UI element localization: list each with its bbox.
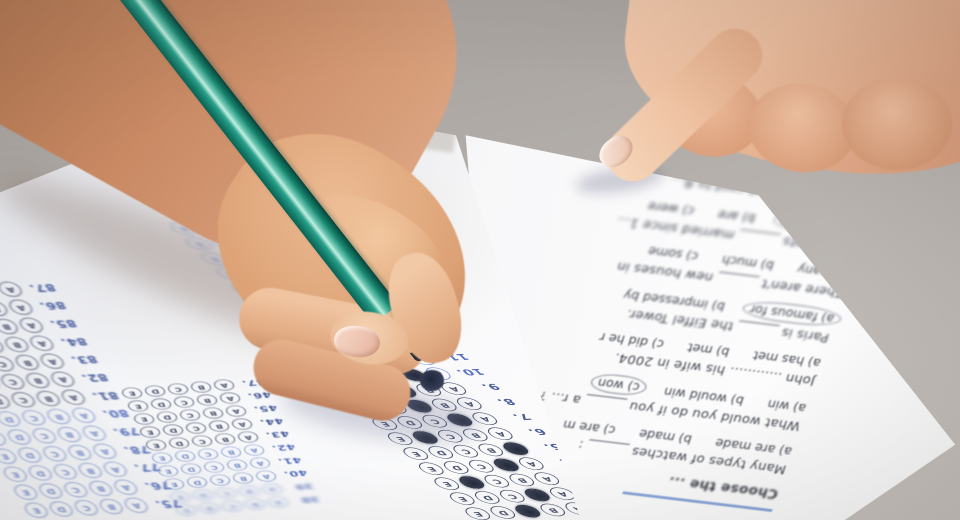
bubble-B: B (65, 444, 95, 460)
question-number: 87. (17, 281, 58, 294)
bubble-C: C (220, 500, 244, 513)
bubble-D: D (155, 411, 179, 424)
question-number: 39 (280, 481, 315, 492)
bubble-D: D (197, 502, 221, 515)
bubble-B: B (231, 472, 255, 485)
bubble-B: B (86, 480, 116, 496)
bubble-B: B (96, 498, 126, 514)
bubble-D: D (46, 501, 76, 517)
question-number: 84. (49, 335, 90, 348)
curled-finger (842, 78, 952, 170)
bubble-E: E (0, 466, 30, 482)
question-number: 82. (70, 371, 111, 384)
bubble-C: C (214, 487, 238, 500)
bubble-E: E (0, 448, 20, 464)
bubble-D: D (161, 424, 185, 437)
bubble-B: B (33, 390, 63, 406)
bubble-C: C (190, 435, 214, 448)
bubble-B: B (213, 433, 237, 446)
bubble-E: E (168, 491, 192, 504)
bubble-D: D (173, 450, 197, 463)
bubble-C: C (8, 392, 38, 408)
bubble-B: B (23, 372, 53, 388)
bubble-B: B (12, 354, 42, 370)
option: b) met (685, 339, 732, 361)
bubble-B: B (237, 485, 261, 498)
bubble-B: B (0, 318, 21, 334)
bubble-C: C (50, 464, 80, 480)
bubble-C: C (172, 396, 196, 409)
bubble-B: B (207, 420, 231, 433)
bubble-C: C (40, 446, 70, 462)
question-number: 85. (38, 317, 79, 330)
bubble-C: C (184, 422, 208, 435)
bubble-B: B (225, 459, 249, 472)
bubble-D: D (149, 398, 173, 411)
bubble-D: D (191, 489, 215, 502)
bubble-C: C (61, 482, 91, 498)
bubble-C: C (71, 500, 101, 516)
bubble-B: B (54, 426, 84, 442)
bubble-E: E (120, 387, 144, 400)
bubble-C: C (19, 410, 49, 426)
bubble-E: E (162, 478, 186, 491)
bubble-E: E (21, 502, 51, 518)
pencil-mark-in-progress (420, 370, 444, 391)
bubble-C: C (166, 383, 190, 396)
question-number: 40. (274, 468, 309, 479)
question-number: 41. (268, 455, 303, 466)
bubble-C: C (196, 448, 220, 461)
bubble-E: E (174, 504, 198, 517)
bubble-B: B (75, 462, 105, 478)
bubble-C: C (208, 474, 232, 487)
question-number: 81. (80, 389, 121, 402)
bubble-E: E (126, 400, 150, 413)
photo-scene: Choose the ... Many types of watches ___… (0, 0, 960, 520)
bubble-C: C (0, 374, 28, 390)
question-number: 45. (244, 403, 279, 414)
bubble-B: B (201, 407, 225, 420)
bubble-D: D (179, 463, 203, 476)
option: b) are (715, 204, 758, 227)
bubble-E: E (150, 452, 174, 465)
bubble-D: D (36, 483, 66, 499)
bubble-B: B (243, 498, 267, 511)
question-number: 38 (286, 494, 321, 505)
question-number: 43. (256, 429, 291, 440)
bubble-E: E (156, 465, 180, 478)
question-number: 86. (28, 299, 69, 312)
bubble-D: D (0, 411, 24, 427)
question-number: 83. (59, 353, 100, 366)
bubble-C: C (178, 409, 202, 422)
bubble-B: B (195, 394, 219, 407)
bubble-B: B (219, 446, 243, 459)
question-number: 42. (262, 442, 297, 453)
question-number: 44. (250, 416, 285, 427)
bubble-E: E (138, 426, 162, 439)
option: a) win (765, 393, 809, 416)
bubble-E: E (11, 484, 41, 500)
bubble-D: D (185, 476, 209, 489)
bubble-D: D (167, 437, 191, 450)
bubble-D: D (15, 447, 45, 463)
bubble-D: D (143, 385, 167, 398)
bubble-E: E (132, 413, 156, 426)
bubble-B: B (189, 381, 213, 394)
bubble-B: B (44, 408, 74, 424)
bubble-E: E (144, 439, 168, 452)
bubble-C: C (29, 428, 59, 444)
bubble-D: D (4, 429, 34, 445)
bubble-D: D (25, 465, 55, 481)
bubble-C: C (202, 461, 226, 474)
bubble-B: B (2, 336, 32, 352)
